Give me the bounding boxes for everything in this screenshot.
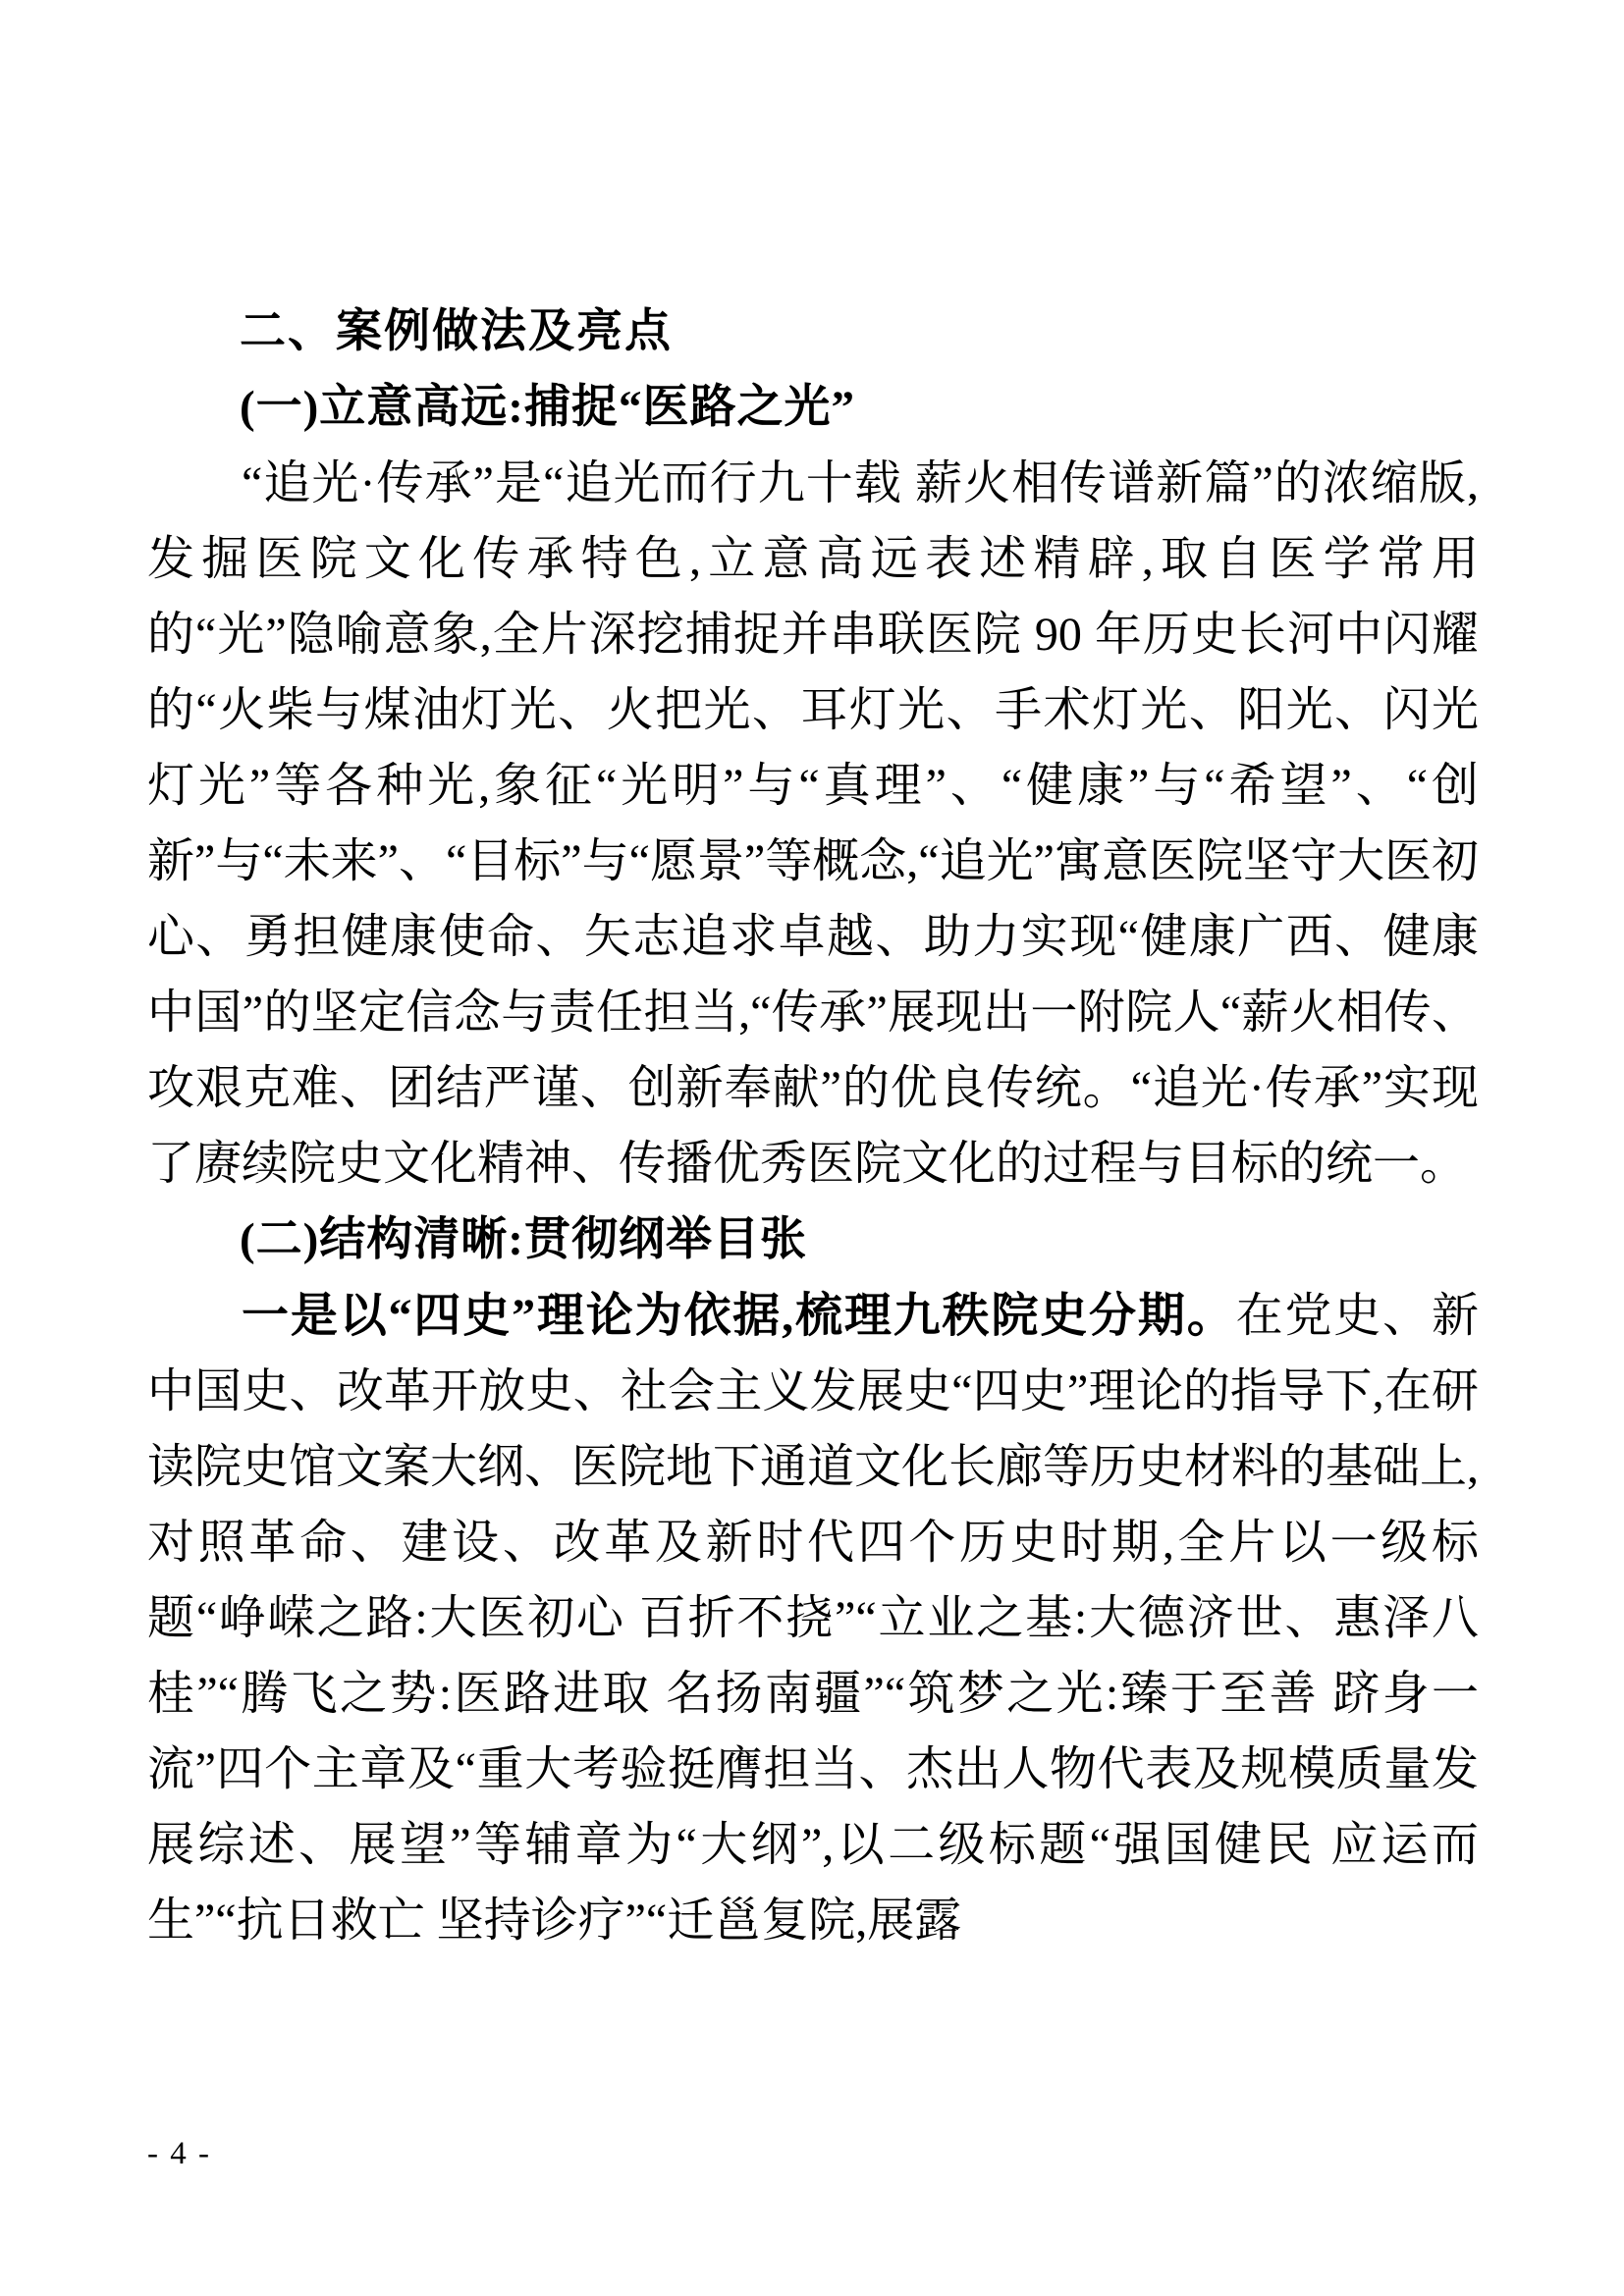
subsection-2-paragraph-rest: 在党史、新中国史、改革开放史、社会主义发展史“四史”理论的指导下,在研读院史馆文… [147,1290,1479,1947]
subsection-2-heading: (二)结构清晰:贯彻纲举目张 [147,1201,1479,1278]
document-content: 二、案例做法及亮点 (一)立意高远:捕捉“医路之光” “追光·传承”是“追光而行… [147,293,1479,1958]
subsection-2-paragraph-lead: 一是以“四史”理论为依据,梳理九秩院史分期。 [242,1290,1236,1342]
document-page: 二、案例做法及亮点 (一)立意高远:捕捉“医路之光” “追光·传承”是“追光而行… [0,0,1624,2296]
subsection-1-paragraph: “追光·传承”是“追光而行九十载 薪火相传谱新篇”的浓缩版,发掘医院文化传承特色… [147,446,1479,1201]
subsection-1-heading: (一)立意高远:捕捉“医路之光” [147,369,1479,446]
page-number: - 4 - [147,2136,211,2172]
subsection-2-paragraph: 一是以“四史”理论为依据,梳理九秩院史分期。在党史、新中国史、改革开放史、社会主… [147,1278,1479,1958]
section-heading: 二、案例做法及亮点 [147,293,1479,369]
